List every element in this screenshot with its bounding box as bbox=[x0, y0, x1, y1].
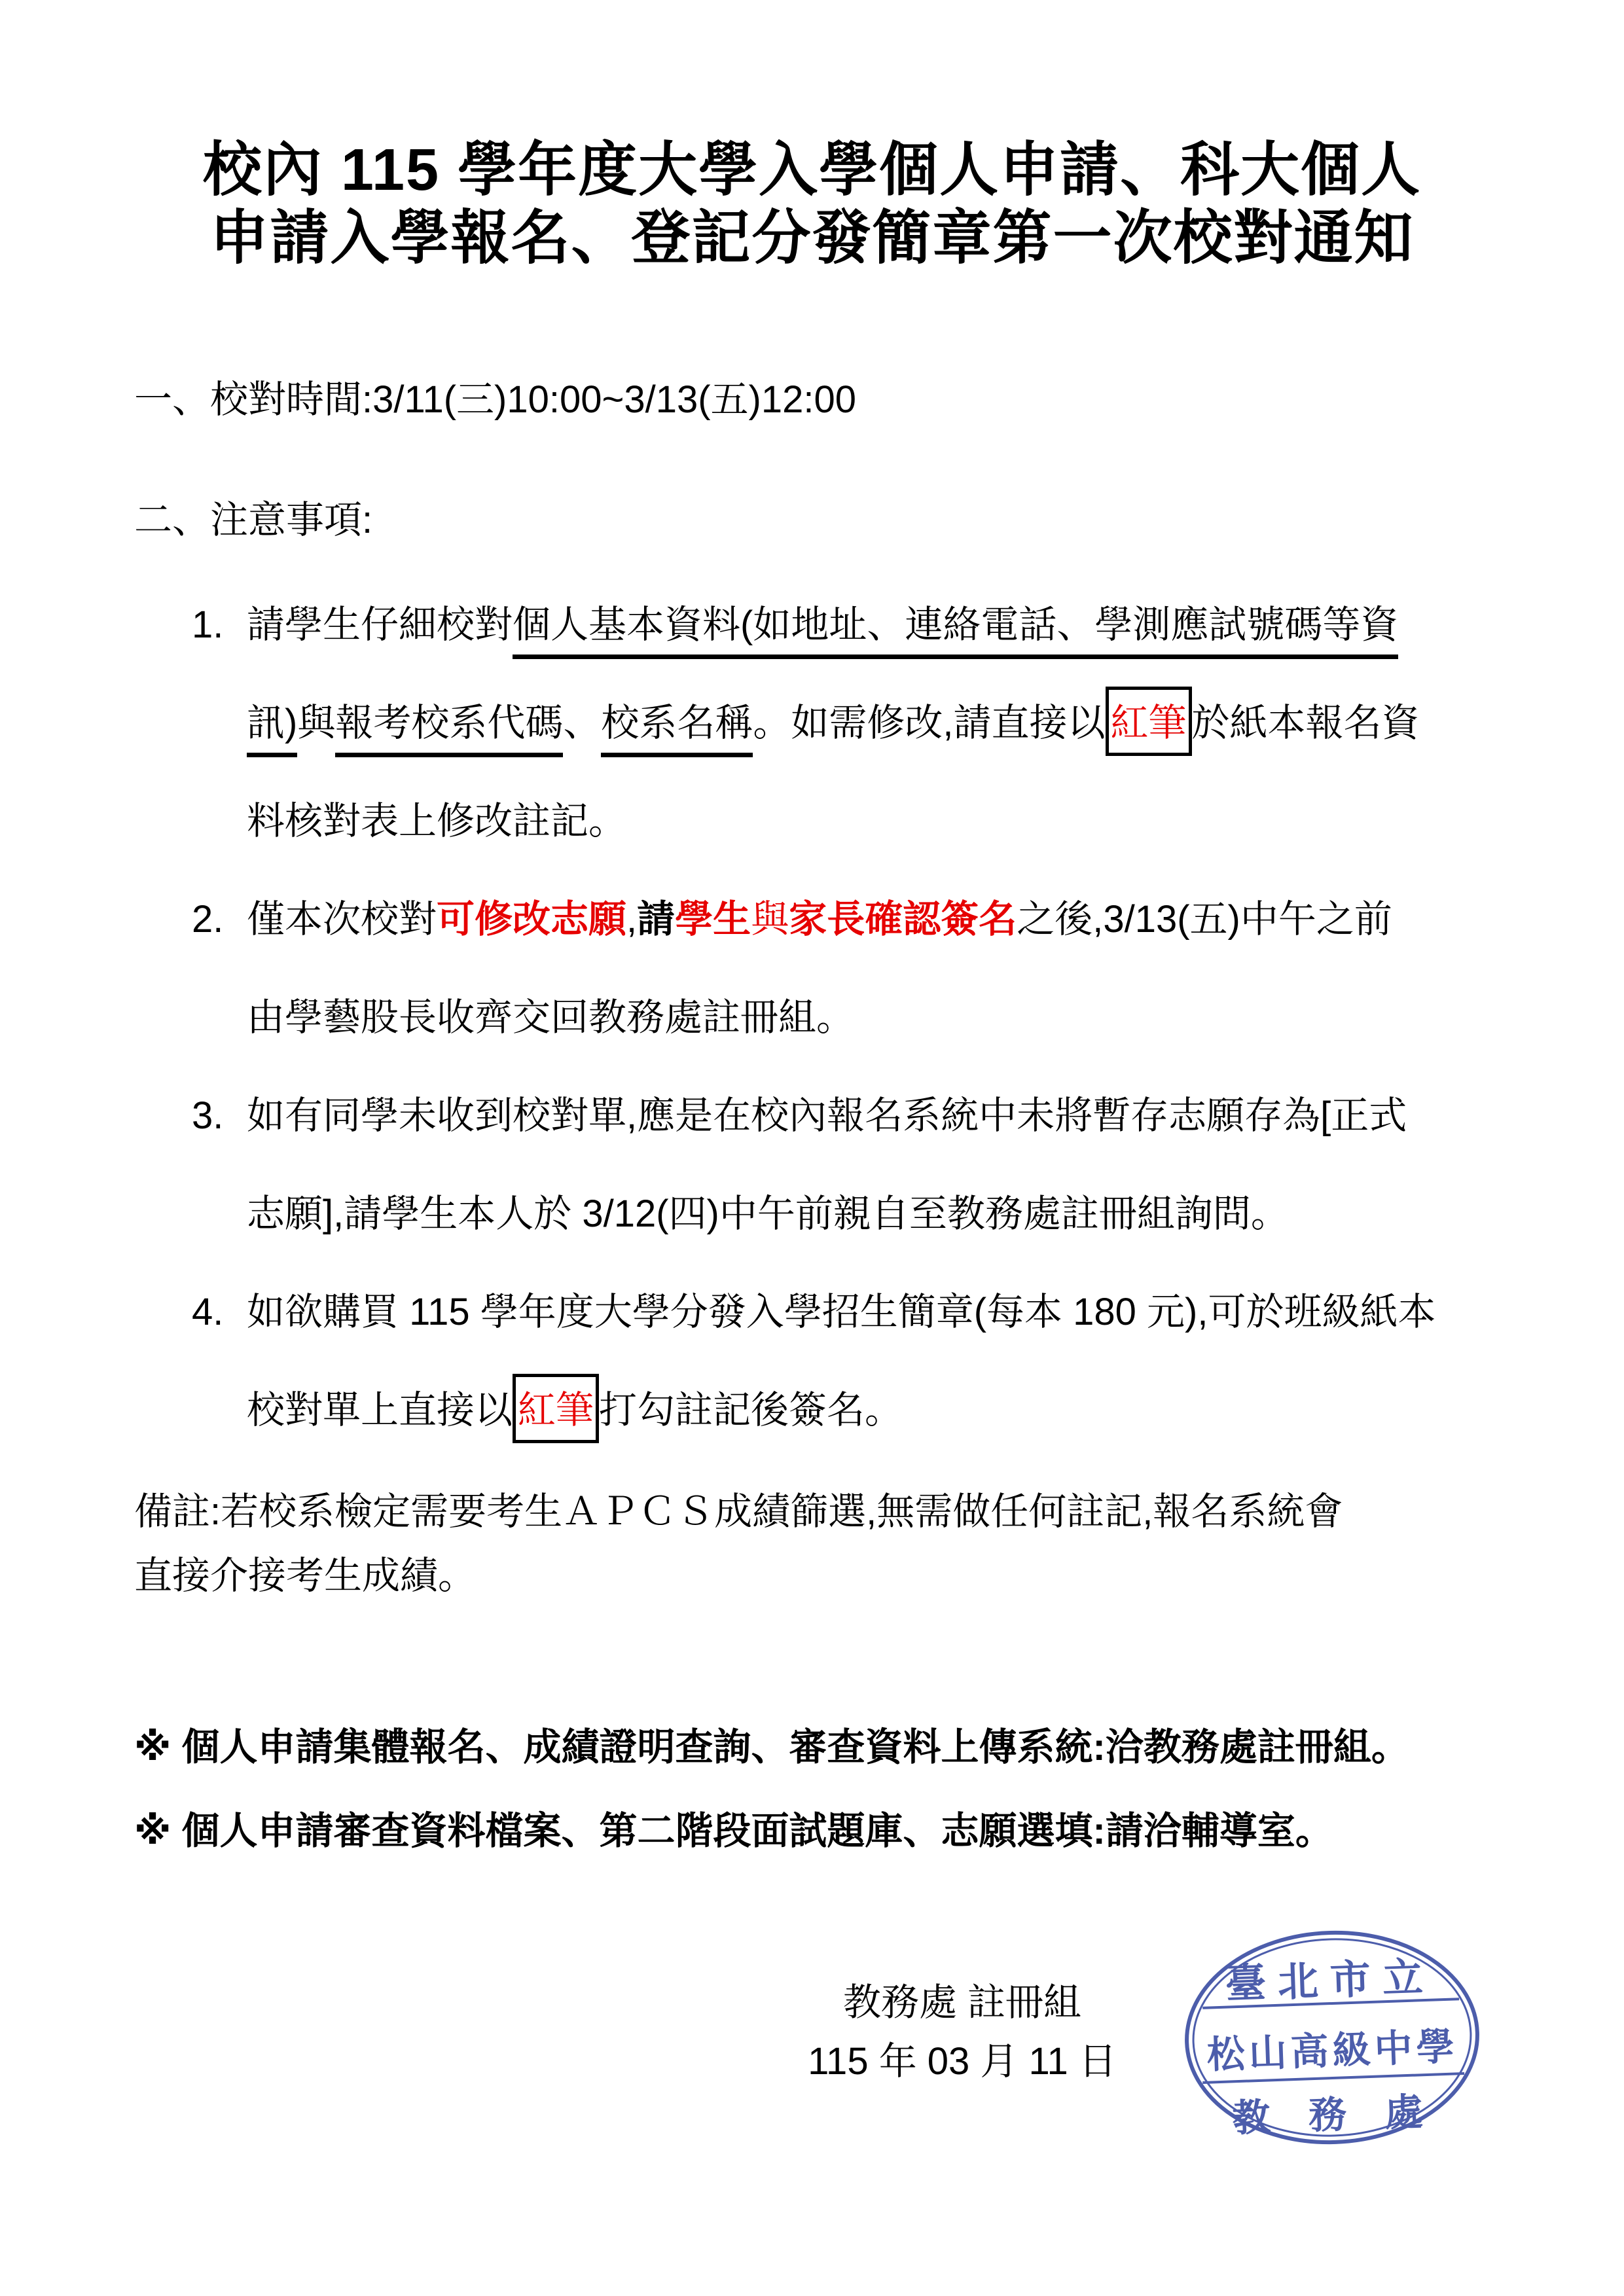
red-text: 與 bbox=[751, 898, 789, 941]
item-1-line-2: 訊)與報考校系代碼、校系名稱。如需修改,請直接以紅筆於紙本報名資 bbox=[247, 674, 1506, 772]
item-1-line-1: 請學生仔細校對個人基本資料(如地址、連絡電話、學測應試號碼等資 bbox=[247, 576, 1506, 674]
notice-document: 校內 115 學年度大學入學個人申請、科大個人 申請入學報名、登記分發簡章第一次… bbox=[0, 0, 1624, 2296]
stamp-text-school: 松山高級中學 bbox=[1206, 2025, 1459, 2076]
signature-block: 教務處 註冊組 115 年 03 月 11 日 bbox=[753, 1980, 1172, 2085]
item-3-line-2: 志願],請學生本人於 3/12(四)中午前親自至教務處註冊組詢問。 bbox=[247, 1165, 1506, 1263]
red-bold-text: 可修改志願 bbox=[437, 898, 626, 941]
item-1-line-3: 料核對表上修改註記。 bbox=[247, 772, 1506, 870]
item-4-line-2: 校對單上直接以紅筆打勾註記後簽名。 bbox=[247, 1361, 1506, 1460]
item-4-line-1: 如欲購買 115 學年度大學分發入學招生簡章(每本 180 元),可於班級紙本 bbox=[247, 1263, 1506, 1361]
list-item-1: 1. 請學生仔細校對個人基本資料(如地址、連絡電話、學測應試號碼等資 訊)與報考… bbox=[192, 576, 1506, 870]
remark-paragraph: 備註:若校系檢定需要考生ＡＰＣＳ成績篩選,無需做任何註記,報名系統會 直接介接考… bbox=[134, 1480, 1493, 1608]
remark-line-2: 直接介接考生成績。 bbox=[134, 1544, 1493, 1608]
text-segment: 打勾註記後簽名。 bbox=[599, 1389, 903, 1431]
bold-text: 請 bbox=[637, 898, 675, 941]
document-title: 校內 115 學年度大學入學個人申請、科大個人 申請入學報名、登記分發簡章第一次… bbox=[0, 0, 1624, 272]
item-1-number: 1. bbox=[192, 576, 247, 870]
underlined-text: 個人基本資料(如地址、連絡電話、學測應試號碼等資 bbox=[513, 603, 1398, 659]
red-bold-text: 家長確認簽名 bbox=[789, 898, 1017, 941]
text-segment: 由學藝股長收齊交回教務處註冊組。 bbox=[247, 996, 854, 1039]
note-counseling-office: ※ 個人申請審查資料檔案、第二階段面試題庫、志願選填:請洽輔導室。 bbox=[134, 1789, 1506, 1873]
text-segment: 料核對表上修改註記。 bbox=[247, 800, 626, 842]
text-segment: 請學生仔細校對 bbox=[247, 603, 513, 646]
proofread-time-line: 一、校對時間:3/11(三)10:00~3/13(五)12:00 bbox=[134, 377, 1493, 423]
item-2-line-1: 僅本次校對可修改志願,請學生與家長確認簽名之後,3/13(五)中午之前 bbox=[247, 870, 1506, 969]
red-pen-boxed-text: 紅筆 bbox=[513, 1374, 599, 1443]
red-bold-text: 學生 bbox=[675, 898, 751, 941]
text-segment: 僅本次校對 bbox=[247, 898, 437, 941]
document-title-line2: 申請入學報名、登記分發簡章第一次校對通知 bbox=[0, 204, 1624, 272]
text-segment: 如有同學未收到校對單,應是在校內報名系統中未將暫存志願存為[正式 bbox=[247, 1094, 1407, 1137]
list-item-3: 3. 如有同學未收到校對單,應是在校內報名系統中未將暫存志願存為[正式 志願],… bbox=[192, 1067, 1506, 1263]
school-seal-stamp: 臺北市立 松山高級中學 教 務 處 bbox=[1182, 1928, 1483, 2150]
underlined-text: 訊) bbox=[247, 702, 297, 757]
item-2-body: 僅本次校對可修改志願,請學生與家長確認簽名之後,3/13(五)中午之前 由學藝股… bbox=[247, 870, 1506, 1067]
red-pen-boxed-text: 紅筆 bbox=[1106, 687, 1192, 756]
list-item-2: 2. 僅本次校對可修改志願,請學生與家長確認簽名之後,3/13(五)中午之前 由… bbox=[192, 870, 1506, 1067]
stamp-text-city: 臺北市立 bbox=[1225, 1954, 1435, 2007]
item-2-line-2: 由學藝股長收齊交回教務處註冊組。 bbox=[247, 969, 1506, 1067]
asterisk-notes: ※ 個人申請集體報名、成績證明查詢、審查資料上傳系統:洽教務處註冊組。 ※ 個人… bbox=[134, 1706, 1506, 1873]
item-3-number: 3. bbox=[192, 1067, 247, 1263]
issue-date: 115 年 03 月 11 日 bbox=[753, 2039, 1172, 2085]
text-segment: 如欲購買 115 學年度大學分發入學招生簡章(每本 180 元),可於班級紙本 bbox=[247, 1291, 1435, 1333]
list-item-4: 4. 如欲購買 115 學年度大學分發入學招生簡章(每本 180 元),可於班級… bbox=[192, 1263, 1506, 1460]
text-segment: 於紙本報名資 bbox=[1192, 702, 1420, 744]
item-4-body: 如欲購買 115 學年度大學分發入學招生簡章(每本 180 元),可於班級紙本 … bbox=[247, 1263, 1506, 1460]
text-segment: 。如需修改,請直接以 bbox=[753, 702, 1105, 744]
notice-heading-line: 二、注意事項: bbox=[134, 497, 1493, 543]
item-4-number: 4. bbox=[192, 1263, 247, 1460]
document-title-line1: 校內 115 學年度大學入學個人申請、科大個人 bbox=[0, 136, 1624, 204]
text-segment: 志願],請學生本人於 3/12(四)中午前親自至教務處註冊組詢問。 bbox=[247, 1193, 1289, 1235]
text-segment: 之後,3/13(五)中午之前 bbox=[1017, 898, 1392, 941]
issuing-office: 教務處 註冊組 bbox=[753, 1980, 1172, 2026]
text-segment: 校對單上直接以 bbox=[247, 1389, 513, 1431]
notice-item-list: 1. 請學生仔細校對個人基本資料(如地址、連絡電話、學測應試號碼等資 訊)與報考… bbox=[192, 576, 1506, 1460]
item-1-body: 請學生仔細校對個人基本資料(如地址、連絡電話、學測應試號碼等資 訊)與報考校系代… bbox=[247, 576, 1506, 870]
underlined-text: 校系名稱 bbox=[601, 702, 753, 757]
item-2-number: 2. bbox=[192, 870, 247, 1067]
underlined-text: 報考校系代碼 bbox=[335, 702, 563, 757]
item-3-line-1: 如有同學未收到校對單,應是在校內報名系統中未將暫存志願存為[正式 bbox=[247, 1067, 1506, 1165]
stamp-text-office: 教 務 處 bbox=[1232, 2090, 1438, 2140]
item-3-body: 如有同學未收到校對單,應是在校內報名系統中未將暫存志願存為[正式 志願],請學生… bbox=[247, 1067, 1506, 1263]
text-segment: , bbox=[626, 898, 637, 941]
text-segment: 與 bbox=[297, 702, 335, 744]
remark-line-1: 備註:若校系檢定需要考生ＡＰＣＳ成績篩選,無需做任何註記,報名系統會 bbox=[134, 1480, 1493, 1544]
note-registration-system: ※ 個人申請集體報名、成績證明查詢、審查資料上傳系統:洽教務處註冊組。 bbox=[134, 1706, 1506, 1789]
text-segment: 、 bbox=[563, 702, 601, 744]
